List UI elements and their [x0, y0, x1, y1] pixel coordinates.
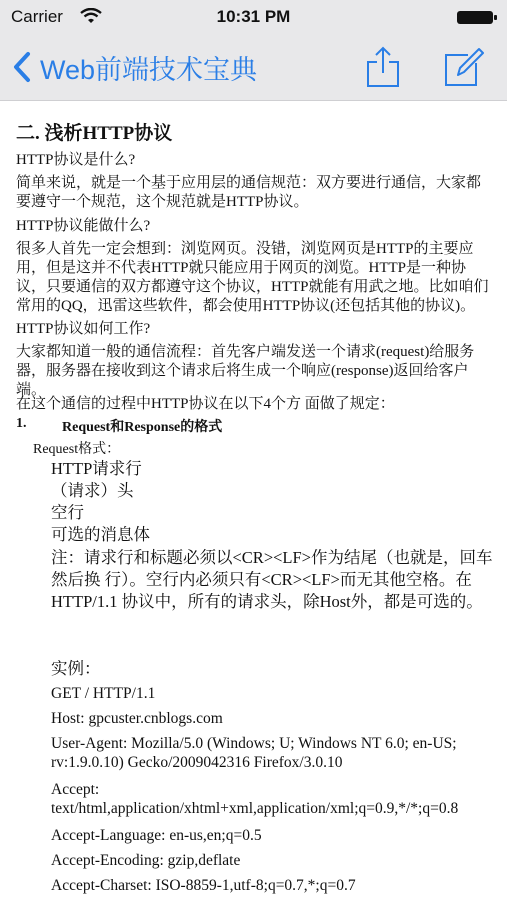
answer-how: 大家都知道一般的通信流程：首先客户端发送一个请求(request)给服务器，服务… — [16, 343, 493, 400]
status-bar: Carrier 10:31 PM — [0, 0, 507, 34]
request-format-label: Request格式： — [33, 438, 120, 458]
question-do: HTTP协议能做什么? — [16, 217, 493, 236]
request-part: 可选的消息体 — [51, 524, 150, 546]
note-text: 注：请求行和标题必须以<CR><LF>作为结尾（也就是，回车然后换 行）。空行内… — [51, 547, 493, 613]
section-title: Request和Response的格式 — [62, 416, 222, 436]
example-line: GET / HTTP/1.1 — [51, 684, 155, 703]
example-line: Accept-Language: en-us,en;q=0.5 — [51, 826, 262, 845]
compose-icon[interactable] — [444, 47, 484, 87]
clock: 10:31 PM — [0, 7, 507, 27]
section-heading: 二. 浅析HTTP协议 — [16, 118, 172, 145]
answer-do: 很多人首先一定会想到：浏览网页。没错，浏览网页是HTTP的主要应用，但是这并不代… — [16, 240, 493, 316]
share-icon[interactable] — [366, 46, 400, 88]
intro-text: 在这个通信的过程中HTTP协议在以下4个方 面做了规定： — [16, 395, 493, 414]
question-what: HTTP协议是什么? — [16, 151, 493, 170]
example-line: Accept-Charset: ISO-8859-1,utf-8;q=0.7,*… — [51, 876, 356, 895]
back-label: Web前端技术宝典 — [40, 48, 257, 87]
back-button[interactable]: Web前端技术宝典 — [12, 50, 257, 84]
example-line: Host: gpcuster.cnblogs.com — [51, 709, 223, 728]
article-content[interactable]: 二. 浅析HTTP协议 HTTP协议是什么? 简单来说，就是一个基于应用层的通信… — [0, 101, 507, 900]
navigation-bar: Web前端技术宝典 — [0, 34, 507, 101]
request-part: （请求）头 — [51, 480, 134, 502]
section-number: 1. — [16, 416, 27, 432]
request-part: HTTP请求行 — [51, 458, 142, 480]
example-label: 实例： — [51, 659, 101, 678]
chevron-left-icon — [12, 51, 32, 83]
example-line: Accept: text/html,application/xhtml+xml,… — [51, 780, 503, 818]
request-part: 空行 — [51, 502, 84, 524]
battery-icon — [457, 11, 497, 24]
answer-what: 简单来说，就是一个基于应用层的通信规范：双方要进行通信，大家都要遵守一个规范，这… — [16, 174, 493, 212]
example-line: Accept-Encoding: gzip,deflate — [51, 851, 240, 870]
question-how: HTTP协议如何工作? — [16, 320, 493, 339]
example-line: User-Agent: Mozilla/5.0 (Windows; U; Win… — [51, 734, 497, 772]
